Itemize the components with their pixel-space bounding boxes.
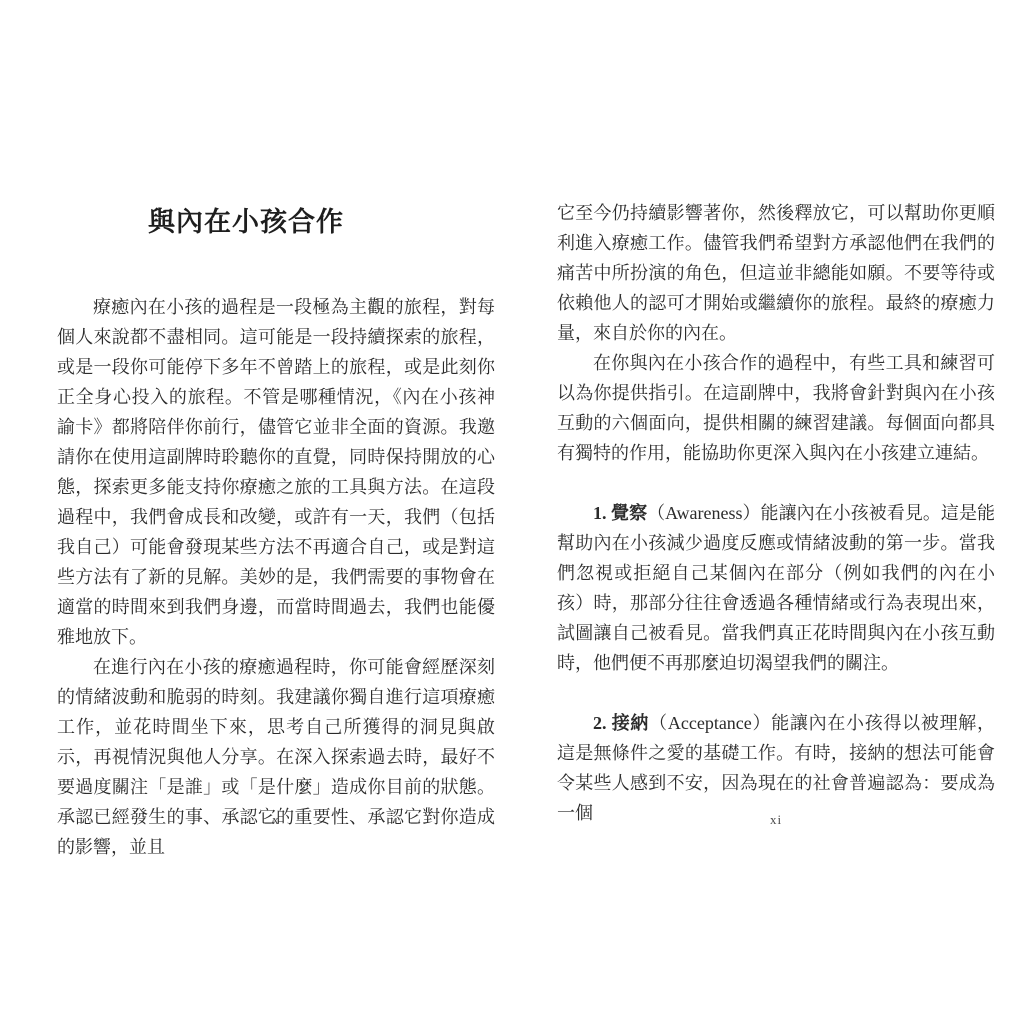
book-spread: 與內在小孩合作 療癒內在小孩的過程是一段極為主觀的旅程，對每個人來說都不盡相同。…	[0, 0, 1024, 1024]
left-page: 與內在小孩合作 療癒內在小孩的過程是一段極為主觀的旅程，對每個人來說都不盡相同。…	[57, 190, 495, 862]
left-paragraph-1: 療癒內在小孩的過程是一段極為主觀的旅程，對每個人來說都不盡相同。這可能是一段持續…	[57, 292, 495, 652]
aspect-term-acceptance: 2. 接納	[593, 713, 649, 733]
page-number-right: xi	[557, 810, 995, 830]
aspect-term-awareness: 1. 覺察	[593, 503, 647, 523]
left-paragraph-2: 在進行內在小孩的療癒過程時，你可能會經歷深刻的情緒波動和脆弱的時刻。我建議你獨自…	[57, 652, 495, 862]
right-paragraph-1: 它至今仍持續影響著你，然後釋放它，可以幫助你更順利進入療癒工作。儘管我們希望對方…	[557, 198, 995, 348]
right-page: 它至今仍持續影響著你，然後釋放它，可以幫助你更順利進入療癒工作。儘管我們希望對方…	[557, 198, 995, 828]
chapter-title: 與內在小孩合作	[57, 202, 435, 242]
left-page-body: 療癒內在小孩的過程是一段極為主觀的旅程，對每個人來說都不盡相同。這可能是一段持續…	[57, 292, 495, 862]
page-number-left: x	[57, 810, 495, 830]
aspect-text-awareness: （Awareness）能讓內在小孩被看見。這是能幫助內在小孩減少過度反應或情緒波…	[557, 503, 995, 673]
right-paragraph-awareness: 1. 覺察（Awareness）能讓內在小孩被看見。這是能幫助內在小孩減少過度反…	[557, 498, 995, 678]
right-page-body: 它至今仍持續影響著你，然後釋放它，可以幫助你更順利進入療癒工作。儘管我們希望對方…	[557, 198, 995, 828]
right-paragraph-2: 在你與內在小孩合作的過程中，有些工具和練習可以為你提供指引。在這副牌中，我將會針…	[557, 348, 995, 468]
